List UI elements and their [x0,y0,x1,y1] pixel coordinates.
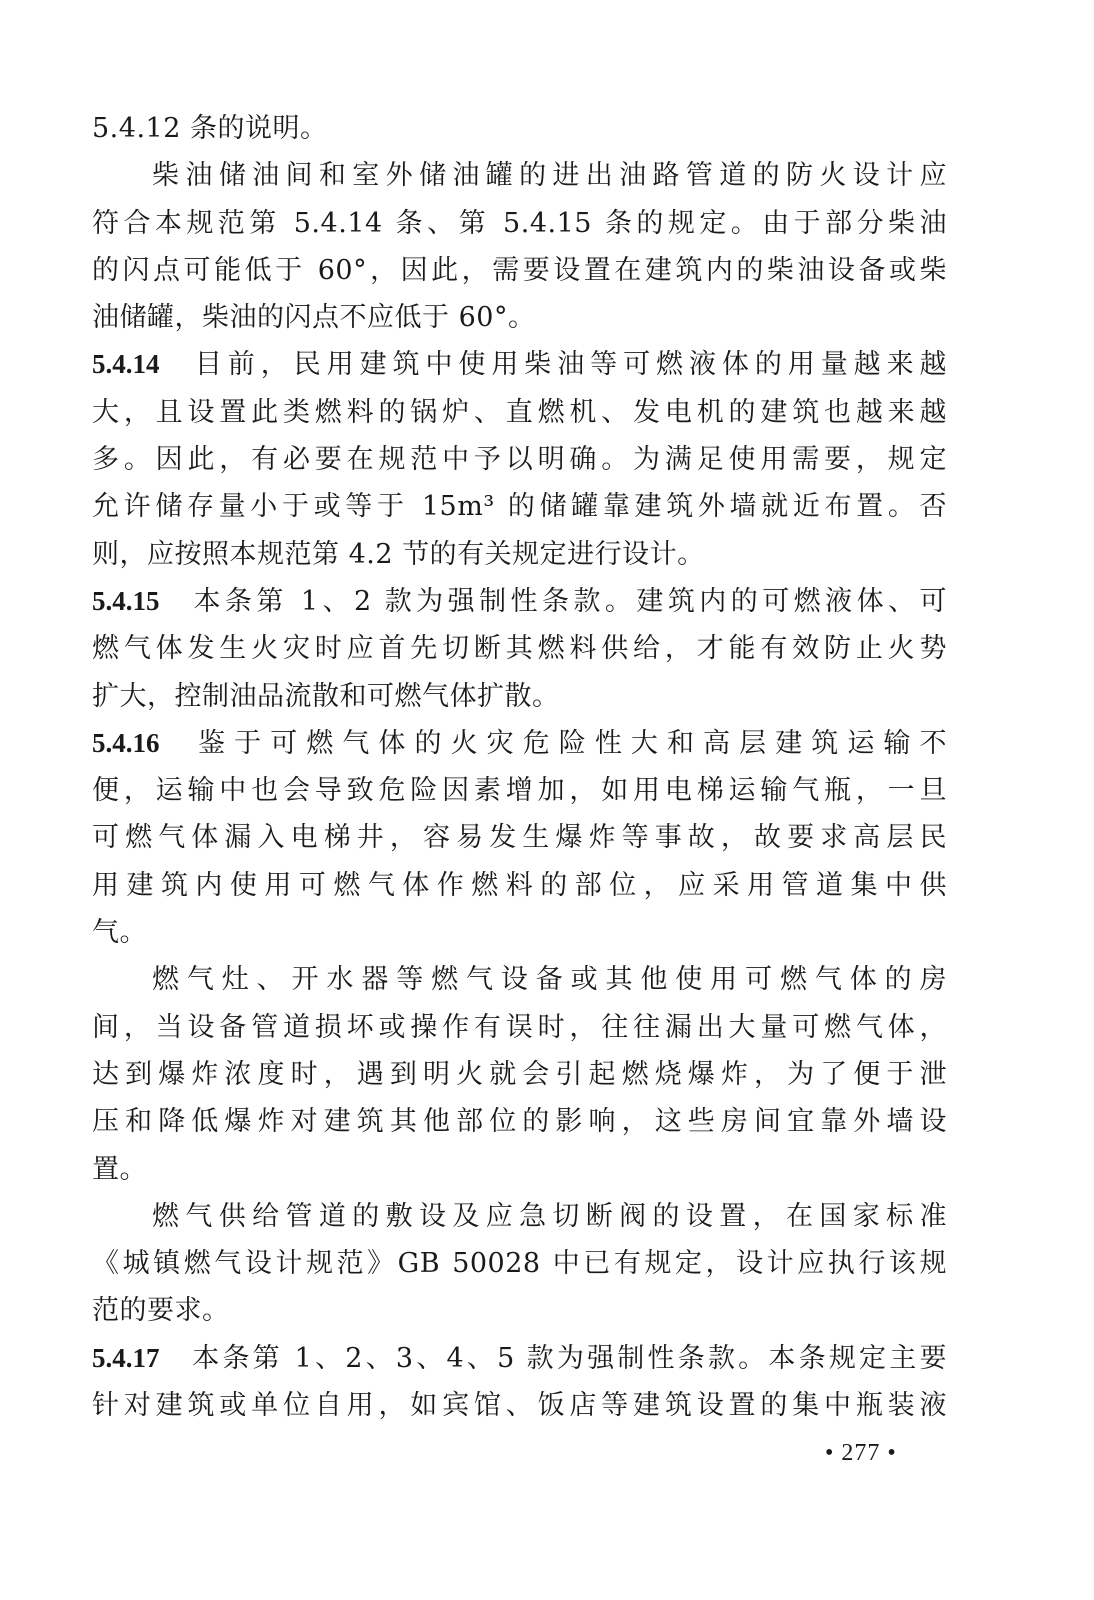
text-line: 《城镇燃气设计规范》GB 50028 中已有规定，设计应执行该规 [92,1240,947,1287]
text-line: 柴油储油间和室外储油罐的进出油路管道的防火设计应 [92,152,947,199]
text-line: 燃气体发生火灾时应首先切断其燃料供给，才能有效防止火势 [92,625,947,672]
text-line: 便，运输中也会导致危险因素增加，如用电梯运输气瓶，一旦 [92,767,947,814]
text-line: 置。 [92,1146,947,1193]
clause-text: 本条第 1、2 款为强制性条款。建筑内的可燃液体、可 [190,586,948,617]
clause-text: 本条第 1、2、3、4、5 款为强制性条款。本条规定主要 [190,1343,948,1374]
text-line: 压和降低爆炸对建筑其他部位的影响，这些房间宜靠外墙设 [92,1098,947,1145]
text-line: 5.4.12 条的说明。 [92,105,947,152]
clause-line: 5.4.14目前，民用建筑中使用柴油等可燃液体的用量越来越 [92,341,947,388]
text-line: 的闪点可能低于 60°，因此，需要设置在建筑内的柴油设备或柴 [92,247,947,294]
clause-line: 5.4.17本条第 1、2、3、4、5 款为强制性条款。本条规定主要 [92,1335,947,1382]
text-line: 允许储存量小于或等于 15m³ 的储罐靠建筑外墙就近布置。否 [92,483,947,530]
clause-line: 5.4.15本条第 1、2 款为强制性条款。建筑内的可燃液体、可 [92,578,947,625]
text-line: 大，且设置此类燃料的锅炉、直燃机、发电机的建筑也越来越 [92,389,947,436]
text-line: 燃气供给管道的敷设及应急切断阀的设置，在国家标准 [92,1193,947,1240]
text-line: 多。因此，有必要在规范中予以明确。为满足使用需要，规定 [92,436,947,483]
clause-line: 5.4.16鉴于可燃气体的火灾危险性大和高层建筑运输不 [92,720,947,767]
clause-number: 5.4.17 [92,1343,160,1373]
text-line: 则，应按照本规范第 4.2 节的有关规定进行设计。 [92,531,947,578]
text-line: 针对建筑或单位自用，如宾馆、饭店等建筑设置的集中瓶装液 [92,1382,947,1429]
document-page: 5.4.12 条的说明。 柴油储油间和室外储油罐的进出油路管道的防火设计应 符合… [92,105,947,1429]
text-line: 范的要求。 [92,1287,947,1334]
text-line: 可燃气体漏入电梯井，容易发生爆炸等事故，故要求高层民 [92,814,947,861]
text-line: 用建筑内使用可燃气体作燃料的部位，应采用管道集中供 [92,862,947,909]
text-line: 扩大，控制油品流散和可燃气体扩散。 [92,673,947,720]
clause-number: 5.4.14 [92,349,160,379]
text-line: 间，当设备管道损坏或操作有误时，往往漏出大量可燃气体， [92,1004,947,1051]
clause-number: 5.4.16 [92,728,160,758]
text-line: 符合本规范第 5.4.14 条、第 5.4.15 条的规定。由于部分柴油 [92,200,947,247]
text-line: 达到爆炸浓度时，遇到明火就会引起燃烧爆炸，为了便于泄 [92,1051,947,1098]
clause-number: 5.4.15 [92,586,160,616]
text-line: 燃气灶、开水器等燃气设备或其他使用可燃气体的房 [92,956,947,1003]
text-line: 气。 [92,909,947,956]
page-number: • 277 • [825,1440,897,1467]
clause-text: 鉴于可燃气体的火灾危险性大和高层建筑运输不 [190,728,948,759]
clause-text: 目前，民用建筑中使用柴油等可燃液体的用量越来越 [190,349,948,380]
text-line: 油储罐，柴油的闪点不应低于 60°。 [92,294,947,341]
